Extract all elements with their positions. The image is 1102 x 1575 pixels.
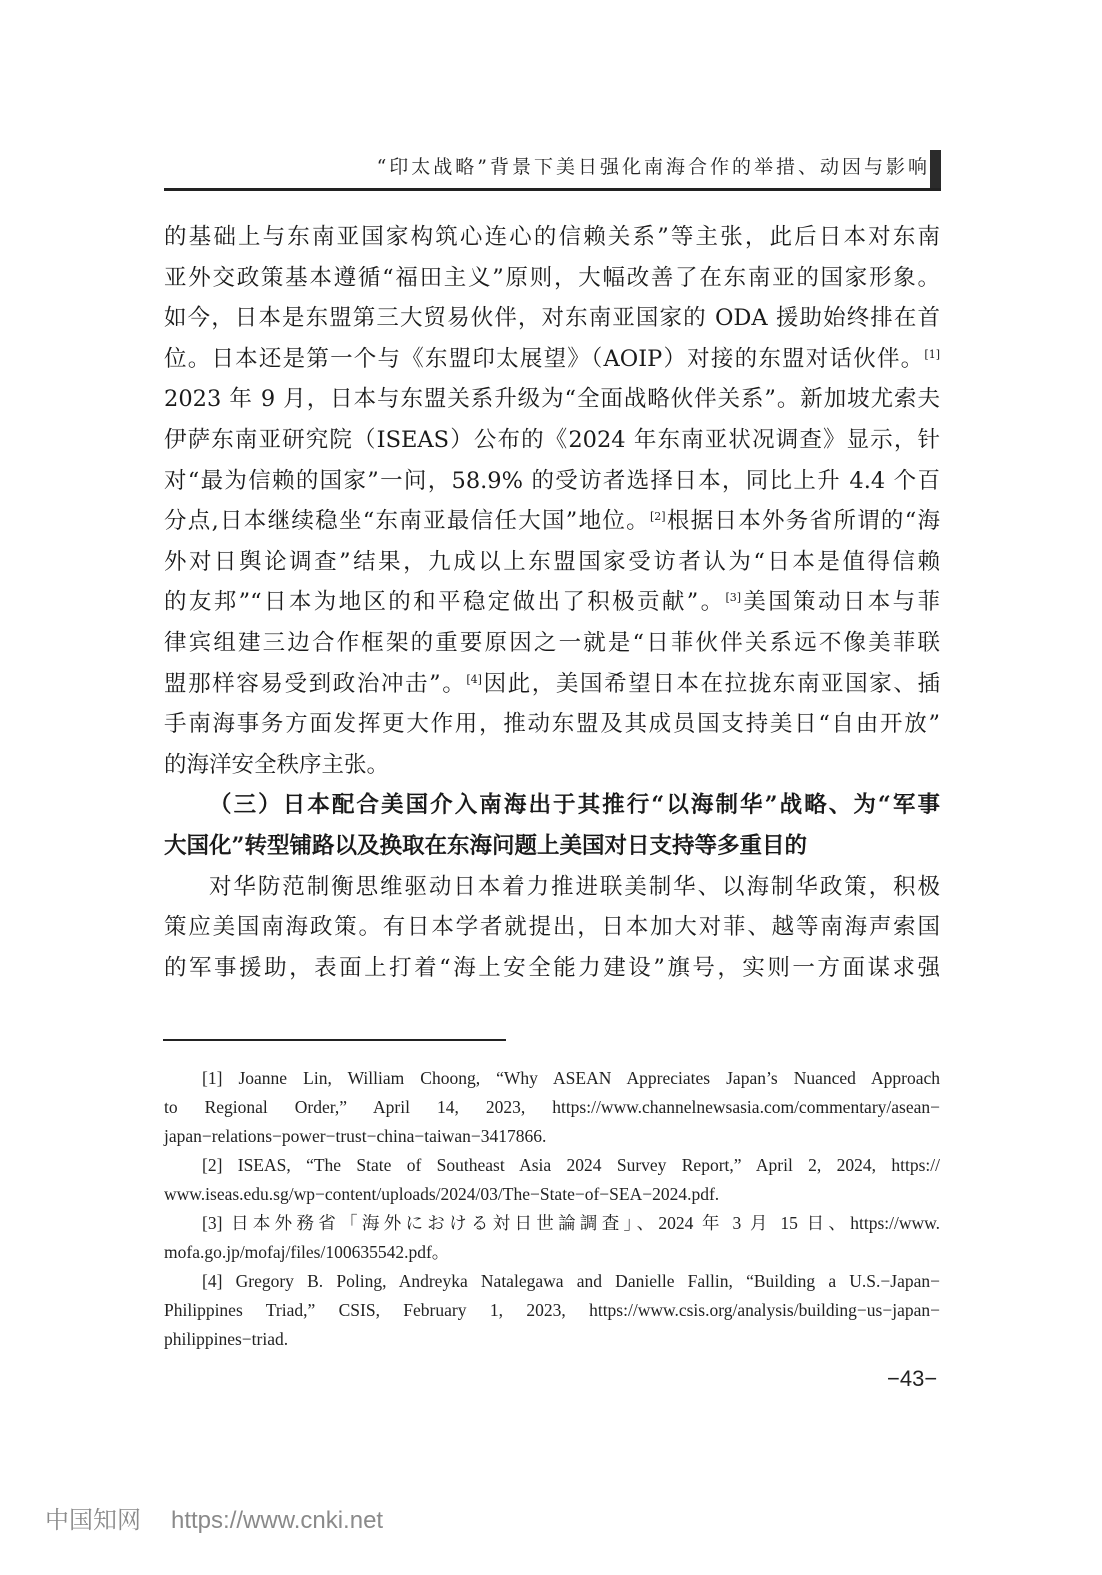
footnote-line: japan−relations−power−trust−china−taiwan… xyxy=(164,1122,940,1151)
footnote-separator xyxy=(163,1039,506,1041)
line-text: 外对日舆论调查”结果，九成以上东盟国家受访者认为“日本是值得信赖 xyxy=(164,549,940,575)
section-heading-line-2: 大国化”转型铺路以及换取在东海问题上美国对日支持等多重目的 xyxy=(164,826,940,867)
body-line: 外对日舆论调查”结果，九成以上东盟国家受访者认为“日本是值得信赖 xyxy=(164,542,940,583)
section-heading-line-1: （三）日本配合美国介入南海出于其推行“以海制华”战略、为“军事 xyxy=(164,785,940,826)
line-text: 盟那样容易受到政治冲击”。 xyxy=(164,671,466,697)
body-line: 分点,日本继续稳坐“东南亚最信任大国”地位。[2]根据日本外务省所谓的“海 xyxy=(164,501,940,542)
running-head: “印太战略”背景下美日强化南海合作的举措、动因与影响 xyxy=(164,150,930,188)
footnotes: [1] Joanne Lin, William Choong, “Why ASE… xyxy=(164,1064,940,1354)
line-text: 律宾组建三边合作框架的重要原因之一就是“日菲伙伴关系远不像美菲联 xyxy=(164,630,940,656)
line-text: 根据日本外务省所谓的“海 xyxy=(666,508,940,534)
body-line: 位。日本还是第一个与《东盟印太展望》（AOIP）对接的东盟对话伙伴。[1] xyxy=(164,339,940,380)
watermark-url[interactable]: https://www.cnki.net xyxy=(171,1507,383,1534)
header-rule xyxy=(164,188,941,191)
footnote-ref[interactable]: [2] xyxy=(650,510,666,523)
line-text: 如今，日本是东盟第三大贸易伙伴，对东南亚国家的 ODA 援助始终排在首 xyxy=(164,305,940,331)
body-line: 对“最为信赖的国家”一问，58.9% 的受访者选择日本，同比上升 4.4 个百 xyxy=(164,461,940,502)
footnote-line: Philippines Triad,” CSIS, February 1, 20… xyxy=(164,1296,940,1325)
body-line: 的友邦”“日本为地区的和平稳定做出了积极贡献”。[3]美国策动日本与菲 xyxy=(164,582,940,623)
line-text: 的基础上与东南亚国家构筑心连心的信赖关系”等主张，此后日本对东南 xyxy=(164,224,940,250)
body-line: 亚外交政策基本遵循“福田主义”原则，大幅改善了在东南亚的国家形象。 xyxy=(164,258,940,299)
main-body: 的基础上与东南亚国家构筑心连心的信赖关系”等主张，此后日本对东南 亚外交政策基本… xyxy=(164,217,940,988)
footnote-4: [4] Gregory B. Poling, Andreyka Natalega… xyxy=(164,1267,940,1354)
body-line: 策应美国南海政策。有日本学者就提出，日本加大对菲、越等南海声索国 xyxy=(164,907,940,948)
body-line: 的军事援助，表面上打着“海上安全能力建设”旗号，实则一方面谋求强 xyxy=(164,948,940,989)
body-line: 的基础上与东南亚国家构筑心连心的信赖关系”等主张，此后日本对东南 xyxy=(164,217,940,258)
line-text: 2023 年 9 月，日本与东盟关系升级为“全面战略伙伴关系”。新加坡尤索夫 xyxy=(164,386,940,412)
line-text: 美国策动日本与菲 xyxy=(741,589,940,615)
line-text: 伊萨东南亚研究院（ISEAS）公布的《2024 年东南亚状况调查》显示，针 xyxy=(164,427,940,453)
line-text: 亚外交政策基本遵循“福田主义”原则，大幅改善了在东南亚的国家形象。 xyxy=(164,265,940,291)
watermark: 中国知网https://www.cnki.net xyxy=(45,1500,383,1535)
line-text: 位。日本还是第一个与《东盟印太展望》（AOIP）对接的东盟对话伙伴。 xyxy=(164,346,924,372)
body-line: 对华防范制衡思维驱动日本着力推进联美制华、以海制华政策，积极 xyxy=(164,867,940,908)
line-text: 的友邦”“日本为地区的和平稳定做出了积极贡献”。 xyxy=(164,589,725,615)
body-line: 如今，日本是东盟第三大贸易伙伴，对东南亚国家的 ODA 援助始终排在首 xyxy=(164,298,940,339)
line-text: 因此，美国希望日本在拉拢东南亚国家、插 xyxy=(482,671,940,697)
footnote-ref[interactable]: [1] xyxy=(924,348,940,361)
footnote-line: [4] Gregory B. Poling, Andreyka Natalega… xyxy=(164,1267,940,1296)
footnote-line: to Regional Order,” April 14, 2023, http… xyxy=(164,1093,940,1122)
line-text: 的海洋安全秩序主张。 xyxy=(164,752,389,778)
footnote-line: [2] ISEAS, “The State of Southeast Asia … xyxy=(164,1151,940,1180)
footnote-line: mofa.go.jp/mofaj/files/100635542.pdf。 xyxy=(164,1238,940,1267)
footnote-3: [3] 日本外務省「海外における対日世論調査」、2024 年 3 月 15 日、… xyxy=(164,1209,940,1267)
footnote-line: [1] Joanne Lin, William Choong, “Why ASE… xyxy=(164,1064,940,1093)
header-side-bar xyxy=(930,150,941,190)
body-line: 律宾组建三边合作框架的重要原因之一就是“日菲伙伴关系远不像美菲联 xyxy=(164,623,940,664)
footnote-line: philippines−triad. xyxy=(164,1325,940,1354)
body-line: 2023 年 9 月，日本与东盟关系升级为“全面战略伙伴关系”。新加坡尤索夫 xyxy=(164,379,940,420)
footnote-2: [2] ISEAS, “The State of Southeast Asia … xyxy=(164,1151,940,1209)
body-line: 伊萨东南亚研究院（ISEAS）公布的《2024 年东南亚状况调查》显示，针 xyxy=(164,420,940,461)
footnote-line: www.iseas.edu.sg/wp−content/uploads/2024… xyxy=(164,1180,940,1209)
body-line: 的海洋安全秩序主张。 xyxy=(164,745,940,786)
line-text: 对“最为信赖的国家”一问，58.9% 的受访者选择日本，同比上升 4.4 个百 xyxy=(164,468,940,494)
footnote-1: [1] Joanne Lin, William Choong, “Why ASE… xyxy=(164,1064,940,1151)
line-text: 手南海事务方面发挥更大作用，推动东盟及其成员国支持美日“自由开放” xyxy=(164,711,940,737)
line-text: 分点,日本继续稳坐“东南亚最信任大国”地位。 xyxy=(164,508,650,534)
body-line: 手南海事务方面发挥更大作用，推动东盟及其成员国支持美日“自由开放” xyxy=(164,704,940,745)
body-line: 盟那样容易受到政治冲击”。[4]因此，美国希望日本在拉拢东南亚国家、插 xyxy=(164,664,940,705)
page-number: −43− xyxy=(887,1366,937,1392)
footnote-ref[interactable]: [4] xyxy=(466,673,482,686)
footnote-line: [3] 日本外務省「海外における対日世論調査」、2024 年 3 月 15 日、… xyxy=(164,1209,940,1238)
footnote-ref[interactable]: [3] xyxy=(725,591,741,604)
watermark-brand: 中国知网 xyxy=(45,1506,141,1534)
